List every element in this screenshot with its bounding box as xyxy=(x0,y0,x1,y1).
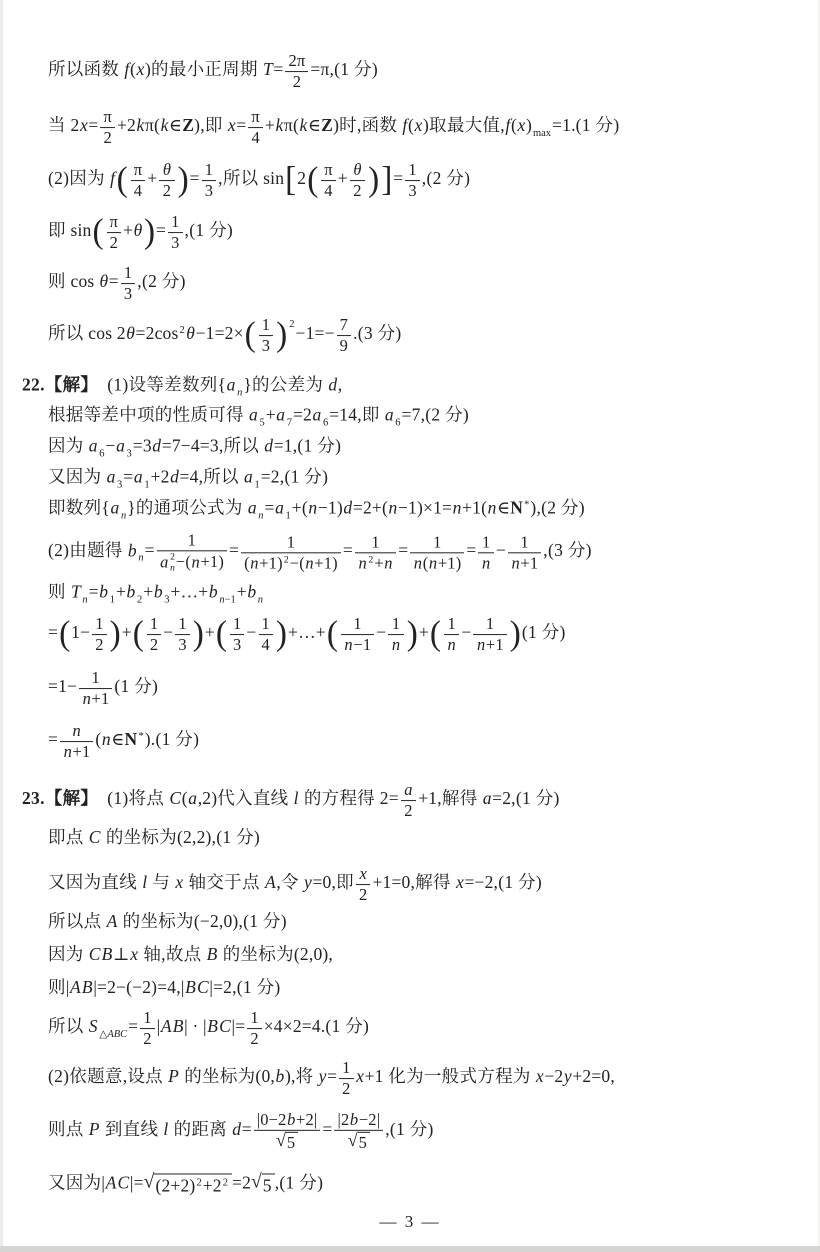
math-run: θ−1=2× xyxy=(186,323,244,343)
q21-part2-given: (2)因为 f(π4+θ2)=13,所以 sin[2(π4+θ2)]=13,(2… xyxy=(48,160,470,200)
math-run: 1 xyxy=(433,532,441,551)
superscript: 2 xyxy=(223,1177,228,1188)
answer-sheet-page: 所以函数 f(x)的最小正周期 T=2π2=π,(1 分)当 2x=π2+2kπ… xyxy=(0,0,820,1252)
math-run: a xyxy=(248,405,258,425)
text-run: 的最小正周期 xyxy=(151,59,262,79)
math-run: x= xyxy=(227,115,246,135)
text-run: 所以 xyxy=(48,323,88,343)
fraction: π4 xyxy=(131,161,146,201)
big-delimiter: ( xyxy=(59,617,70,652)
math-run: 1 xyxy=(520,532,528,551)
math-run: 1 xyxy=(205,160,213,179)
q22-general-formula: 即数列{an}的通项公式为 an=a1+(n−1)d=2+(n−1)×1=n+1… xyxy=(48,498,585,523)
fraction: θ2 xyxy=(159,161,174,201)
math-run: f(x) xyxy=(124,59,151,79)
text-run: ,所以 xyxy=(218,168,263,188)
math-run: (2,2) xyxy=(177,827,212,847)
fraction: 14 xyxy=(259,615,273,655)
math-run: a xyxy=(160,552,169,571)
math-run: = xyxy=(48,622,58,642)
math-run: 1 xyxy=(408,160,416,179)
math-run: |BC|=2 xyxy=(181,977,232,997)
fraction: 13 xyxy=(230,615,244,655)
math-run: =π xyxy=(310,59,329,79)
subscript: n−1 xyxy=(219,594,235,605)
text-run: ,(2 分) xyxy=(137,271,185,291)
math-run: n(n+1) xyxy=(413,554,461,573)
big-delimiter: ] xyxy=(381,163,392,198)
q21-cos-2theta: 所以 cos 2θ=2cos2θ−1=2×(13)2−1=−79.(3 分) xyxy=(48,315,402,355)
subscript: n xyxy=(237,387,242,398)
text-run: .(3 分) xyxy=(353,323,401,343)
math-run: C xyxy=(88,827,101,847)
math-run: +θ xyxy=(123,220,143,240)
text-run: 所以函数 xyxy=(48,59,124,79)
math-run: +(n−1)d=2+(n−1)×1=n+1(n∈ xyxy=(292,498,510,518)
text-run: ,(1 分) xyxy=(494,872,542,892)
q22-first-term: 又因为 a3=a1+2d=4,所以 a1=2,(1 分) xyxy=(48,467,328,492)
big-delimiter: ( xyxy=(430,617,441,652)
big-delimiter: ( xyxy=(216,617,227,652)
math-run: y= xyxy=(318,1066,337,1086)
fraction: 79 xyxy=(337,316,351,356)
text-run: 的公差为 xyxy=(252,375,328,395)
math-run: −(n+1) xyxy=(176,552,224,571)
big-delimiter: ) xyxy=(144,215,155,250)
math-run: =1− xyxy=(48,676,77,696)
math-run: P xyxy=(168,1066,180,1086)
big-delimiter: ) xyxy=(276,318,287,353)
math-run: = xyxy=(322,1119,332,1139)
fraction: 1n2+n xyxy=(355,533,396,573)
text-run: 的坐标为 xyxy=(218,944,294,964)
math-run: 2 xyxy=(404,802,412,821)
subscript: 5 xyxy=(259,417,264,428)
math-run: = xyxy=(145,540,155,560)
subscript: 6 xyxy=(99,448,104,459)
math-run: CB⊥x xyxy=(88,944,138,964)
text-run: , xyxy=(338,375,343,395)
text-run: 时,函数 xyxy=(339,115,402,135)
math-run: 2 xyxy=(353,182,361,201)
sup-sub-stack: 2n xyxy=(170,553,175,575)
text-run: 的坐标为 xyxy=(180,1066,256,1086)
math-run: +a xyxy=(266,405,286,425)
math-run: 1 xyxy=(482,532,490,551)
q21-period: 所以函数 f(x)的最小正周期 T=2π2=π,(1 分) xyxy=(48,51,378,91)
math-run: 3 xyxy=(205,182,213,201)
math-run: =1. xyxy=(552,115,576,135)
subscript: 1 xyxy=(144,479,149,490)
math-run: 1 xyxy=(233,614,241,633)
superscript: 2 xyxy=(180,325,185,336)
math-run: =b xyxy=(89,582,109,602)
math-run: − xyxy=(163,622,173,642)
fraction: 1a2n−(n+1) xyxy=(157,531,227,574)
math-run: 1 xyxy=(171,212,179,231)
text-run: ,即 xyxy=(200,115,227,135)
subscript: 1 xyxy=(254,479,259,490)
math-run: =a xyxy=(265,498,285,518)
math-run: 2π xyxy=(288,51,305,70)
math-run: n xyxy=(481,554,490,573)
math-run: + xyxy=(122,622,132,642)
function-name: cos xyxy=(88,323,117,343)
math-run: 4 xyxy=(134,182,142,201)
text-run: ,将 xyxy=(291,1066,318,1086)
math-run: n+1 xyxy=(476,636,503,655)
fraction: 12 xyxy=(147,615,161,655)
math-run: +…+ xyxy=(288,622,326,642)
math-run: n+1 xyxy=(63,743,90,762)
text-run: 则 xyxy=(48,582,70,602)
math-run: + xyxy=(419,622,429,642)
math-run: x+1 xyxy=(356,1066,384,1086)
square-root: √5 xyxy=(348,1132,371,1153)
math-run: − xyxy=(376,622,386,642)
math-run: a xyxy=(244,467,254,487)
math-run: 5 xyxy=(263,1175,272,1195)
math-run: = xyxy=(343,540,353,560)
math-run: 2θ=2 xyxy=(117,323,155,343)
text-run: 的方程得 xyxy=(299,788,380,808)
math-run: π xyxy=(103,107,112,126)
text-run: .(1 分) xyxy=(151,729,199,749)
math-run: 2 xyxy=(143,1030,151,1049)
text-run: ,(1 分) xyxy=(232,977,280,997)
text-run: ,(1 分) xyxy=(185,220,233,240)
big-delimiter: ( xyxy=(133,617,144,652)
q23-x-intercept: 又因为直线 l 与 x 轴交于点 A,令 y=0,即x2+1=0,解得 x=−2… xyxy=(48,864,542,904)
math-run: n−1 xyxy=(344,636,371,655)
math-run: 3 xyxy=(171,234,179,253)
math-run: −(n+1) xyxy=(290,554,338,573)
math-run: 3 xyxy=(233,636,241,655)
function-name: cos xyxy=(155,323,179,343)
text-run: 根据等差中项的性质可得 xyxy=(48,405,248,425)
square-root: √5 xyxy=(276,1132,299,1153)
text-run: (2)因为 xyxy=(48,168,110,188)
text-run: (2)依题意,设点 xyxy=(48,1066,168,1086)
fraction: 13 xyxy=(405,161,419,201)
fraction: 1n xyxy=(444,615,459,655)
math-run: +2d=4 xyxy=(151,467,199,487)
fraction: 13 xyxy=(202,161,216,201)
math-run: π xyxy=(251,107,260,126)
math-run: |AB| · |BC|= xyxy=(157,1016,246,1036)
math-run: =2 xyxy=(232,1172,251,1192)
text-run: ,(2 分) xyxy=(536,498,584,518)
bold-text-run: 22.【解】 xyxy=(22,375,89,395)
text-run: 则 xyxy=(48,271,70,291)
q22-tn-expand: 则 Tn=b1+b2+b3+…+bn−1+bn xyxy=(48,582,264,607)
superscript: 2 xyxy=(196,1177,201,1188)
q22-common-difference: 因为 a6−a3=3d=7−4=3,所以 d=1,(1 分) xyxy=(48,436,341,461)
q22-middle-term: 根据等差中项的性质可得 a5+a7=2a6=14,即 a6=7,(2 分) xyxy=(48,405,469,430)
text-run: 的坐标为 xyxy=(118,911,194,931)
fraction: π2 xyxy=(107,213,122,253)
math-run: +b xyxy=(237,582,257,602)
text-run: 所以点 xyxy=(48,911,106,931)
math-run: 1 xyxy=(447,614,455,633)
math-run: =a xyxy=(123,467,143,487)
math-run: +kπ(k∈ xyxy=(265,115,321,135)
math-run: 4 xyxy=(324,182,332,201)
math-run: 2 xyxy=(297,168,306,188)
math-run: 1 xyxy=(392,614,400,633)
fraction: 13 xyxy=(168,213,182,253)
math-run: +b xyxy=(143,582,163,602)
math-run: − xyxy=(246,622,256,642)
text-run: (1 分) xyxy=(114,676,158,696)
text-run: ,解得 xyxy=(437,788,482,808)
math-run: +1=0 xyxy=(372,872,410,892)
fraction: 12 xyxy=(339,1059,353,1099)
math-run: x xyxy=(359,864,368,883)
q23-distance: 则点 P 到直线 l 的距离 d=|0−2b+2|√5=|2b−2|√5,(1 … xyxy=(48,1110,434,1152)
function-name: cos xyxy=(70,271,99,291)
math-run: {a xyxy=(218,375,237,395)
text-run: (1 分) xyxy=(325,1016,369,1036)
math-run: = xyxy=(398,540,408,560)
subscript: 6 xyxy=(395,417,400,428)
q23-ac-length: 又因为|AC|=√(2+2)2+22=2√5,(1 分) xyxy=(48,1172,323,1195)
math-run: + xyxy=(147,168,157,188)
fraction: 1(n+1)2−(n+1) xyxy=(241,533,341,573)
q22-result: =nn+1(n∈N*).(1 分) xyxy=(48,721,199,761)
text-run: (1)将点 xyxy=(89,788,168,808)
math-run: =2a xyxy=(293,405,322,425)
math-run: n xyxy=(72,721,81,740)
subscript: max xyxy=(533,128,551,139)
math-run: −a xyxy=(105,436,125,456)
math-run: 1 xyxy=(287,532,295,551)
subscript: 1 xyxy=(110,594,115,605)
math-run: (0,b) xyxy=(255,1066,291,1086)
text-run: 化为一般式方程为 xyxy=(384,1066,536,1086)
subscript: n xyxy=(82,594,87,605)
math-run: −1=− xyxy=(296,323,335,343)
subscript: n xyxy=(258,594,263,605)
subscript: 3 xyxy=(117,479,122,490)
math-run: 1− xyxy=(71,622,90,642)
text-run: ,(3 分) xyxy=(543,540,591,560)
text-run: 又因为 xyxy=(48,1172,101,1192)
math-run: a xyxy=(106,467,116,487)
math-run: |AB|=2−(−2)=4 xyxy=(66,977,176,997)
math-run: (n∈ xyxy=(95,729,124,749)
square-root: √5 xyxy=(251,1173,275,1195)
q23-point-b: 因为 CB⊥x 轴,故点 B 的坐标为(2,0), xyxy=(48,944,333,966)
math-run: = xyxy=(190,168,200,188)
math-run: = xyxy=(393,168,403,188)
math-run: 3 xyxy=(178,636,186,655)
math-run: n xyxy=(391,636,400,655)
math-run: T xyxy=(70,582,81,602)
math-run: π xyxy=(134,160,143,179)
math-run: 2 xyxy=(110,234,118,253)
math-run: C(a,2) xyxy=(169,788,217,808)
math-run: 2 xyxy=(95,636,103,655)
math-run: n xyxy=(358,554,367,573)
math-run: =7 xyxy=(402,405,421,425)
text-run: 的距离 xyxy=(169,1119,232,1139)
fraction: 1n xyxy=(388,615,403,655)
math-run: +…+b xyxy=(171,582,219,602)
big-delimiter: [ xyxy=(285,163,296,198)
q22-telescope: =(1−12)+(12−13)+(13−14)+…+(1n−1−1n)+(1n−… xyxy=(48,614,566,654)
fraction: π2 xyxy=(100,108,115,148)
superscript: 2 xyxy=(368,555,373,566)
text-run: 又因为直线 xyxy=(48,872,142,892)
math-run: A xyxy=(264,872,276,892)
math-run: = xyxy=(48,729,58,749)
text-run: 因为 xyxy=(48,436,88,456)
math-run: +b xyxy=(116,582,136,602)
math-run: n xyxy=(447,636,456,655)
math-run: =2 xyxy=(261,467,280,487)
fraction: 13 xyxy=(121,264,135,304)
text-run: , xyxy=(328,944,333,964)
square-root: √(2+2)2+22 xyxy=(144,1173,232,1195)
math-run: T= xyxy=(262,59,283,79)
big-delimiter: ) xyxy=(193,617,204,652)
text-run: 即 xyxy=(48,220,70,240)
math-run: + xyxy=(338,168,348,188)
text-run: 代入直线 xyxy=(217,788,293,808)
text-run: 的通项公式为 xyxy=(136,498,247,518)
fraction: π4 xyxy=(321,161,336,201)
superscript: * xyxy=(138,731,143,742)
math-run: } xyxy=(243,375,252,395)
math-run: 2 xyxy=(293,73,301,92)
math-run: − xyxy=(496,540,506,560)
text-run: ,(1 分) xyxy=(275,1172,323,1192)
scan-edge-bottom xyxy=(0,1246,820,1252)
big-delimiter: ( xyxy=(245,318,256,353)
math-run: 1 xyxy=(371,532,379,551)
math-run: 1 xyxy=(178,614,186,633)
page-number: — 3 — xyxy=(0,1212,820,1232)
math-run: = xyxy=(229,540,239,560)
subscript: 3 xyxy=(127,448,132,459)
math-run: a xyxy=(384,405,394,425)
subscript: n xyxy=(138,553,143,564)
fraction: 1n+1 xyxy=(473,615,506,655)
math-run: 1 xyxy=(188,530,196,549)
text-run: 则点 xyxy=(48,1119,88,1139)
text-run: 与 xyxy=(148,872,175,892)
q23-point-c: 即点 C 的坐标为(2,2),(1 分) xyxy=(48,827,260,849)
math-run: 2x= xyxy=(70,115,98,135)
math-run: {a xyxy=(101,498,120,518)
math-run: a=2 xyxy=(482,788,511,808)
math-run: } xyxy=(127,498,136,518)
math-run: 9 xyxy=(340,337,348,356)
big-delimiter: ) xyxy=(407,617,418,652)
text-run: 即数列 xyxy=(48,498,101,518)
text-run: ,令 xyxy=(276,872,303,892)
q23-area: 所以 S△ABC=12|AB| · |BC|=12×4×2=4.(1 分) xyxy=(48,1008,369,1048)
math-run: 4 xyxy=(251,129,259,148)
math-run: (2+2) xyxy=(155,1175,195,1195)
fraction: 12 xyxy=(92,615,106,655)
text-run: ,(1 分) xyxy=(330,59,378,79)
superscript: 2 xyxy=(289,319,294,330)
subscript: 2 xyxy=(137,594,142,605)
subscript: 7 xyxy=(287,417,292,428)
math-run: S xyxy=(88,1016,98,1036)
math-run: 1 xyxy=(150,614,158,633)
fraction: 1n(n+1) xyxy=(410,533,464,573)
text-run: ,即 xyxy=(357,405,384,425)
subscript: n xyxy=(258,510,263,521)
math-run: 2 xyxy=(104,129,112,148)
fraction: a2 xyxy=(401,781,416,821)
fraction: 13 xyxy=(175,615,189,655)
math-run: 5 xyxy=(359,1133,367,1152)
big-delimiter: ) xyxy=(510,617,521,652)
subscript: 6 xyxy=(323,417,328,428)
q21-max-value: 当 2x=π2+2kπ(k∈Z),即 x=π4+kπ(k∈Z)时,函数 f(x)… xyxy=(48,107,619,147)
math-run: +1 xyxy=(418,788,437,808)
math-run: n+1 xyxy=(511,554,538,573)
fraction: x2 xyxy=(356,865,371,905)
math-run: 2 xyxy=(250,1030,258,1049)
math-run: 2 xyxy=(359,886,367,905)
text-run: 取最大值, xyxy=(429,115,505,135)
math-run: (2,0) xyxy=(294,944,329,964)
bold-text-run: N xyxy=(125,729,138,749)
q23-heading: 23.【解】 (1)将点 C(a,2)代入直线 l 的方程得 2=a2+1,解得… xyxy=(22,780,560,820)
big-delimiter: ( xyxy=(327,617,338,652)
fraction: 1n xyxy=(478,533,493,573)
fraction: 13 xyxy=(259,316,273,356)
big-delimiter: ( xyxy=(117,163,128,198)
math-run: d= xyxy=(232,1119,252,1139)
scan-edge-left xyxy=(0,0,3,1252)
math-run: +2kπ(k∈ xyxy=(117,115,182,135)
math-run: 1 xyxy=(92,668,100,687)
math-run: 3 xyxy=(262,337,270,356)
math-run: x xyxy=(175,872,184,892)
math-run: b xyxy=(127,540,137,560)
math-run: a xyxy=(247,498,257,518)
bold-text-run: Z xyxy=(321,115,333,135)
math-run: d xyxy=(328,375,338,395)
fraction: 1n+1 xyxy=(79,669,112,709)
bold-text-run: 23.【解】 xyxy=(22,788,89,808)
math-run: θ xyxy=(162,160,171,179)
text-run: ,所以 xyxy=(219,436,264,456)
math-run: =3d=7−4=3 xyxy=(133,436,219,456)
text-run: (2)由题得 xyxy=(48,540,127,560)
math-run: ×4×2=4. xyxy=(264,1016,326,1036)
math-run: P xyxy=(88,1119,100,1139)
q22-part2-bn: (2)由题得 bn=1a2n−(n+1)=1(n+1)2−(n+1)=1n2+n… xyxy=(48,530,592,573)
math-run: (n+1) xyxy=(244,554,283,573)
math-run: a xyxy=(404,780,413,799)
math-run: 2 xyxy=(163,182,171,201)
big-delimiter: ) xyxy=(368,163,379,198)
math-run: |AC|= xyxy=(101,1172,143,1192)
fraction: |0−2b+2|√5 xyxy=(254,1111,321,1153)
q22-heading: 22.【解】 (1)设等差数列{an}的公差为 d, xyxy=(22,375,342,400)
text-run: (1)设等差数列 xyxy=(89,375,217,395)
math-run: θ xyxy=(353,160,362,179)
math-run: 7 xyxy=(340,315,348,334)
text-run: 即点 xyxy=(48,827,88,847)
